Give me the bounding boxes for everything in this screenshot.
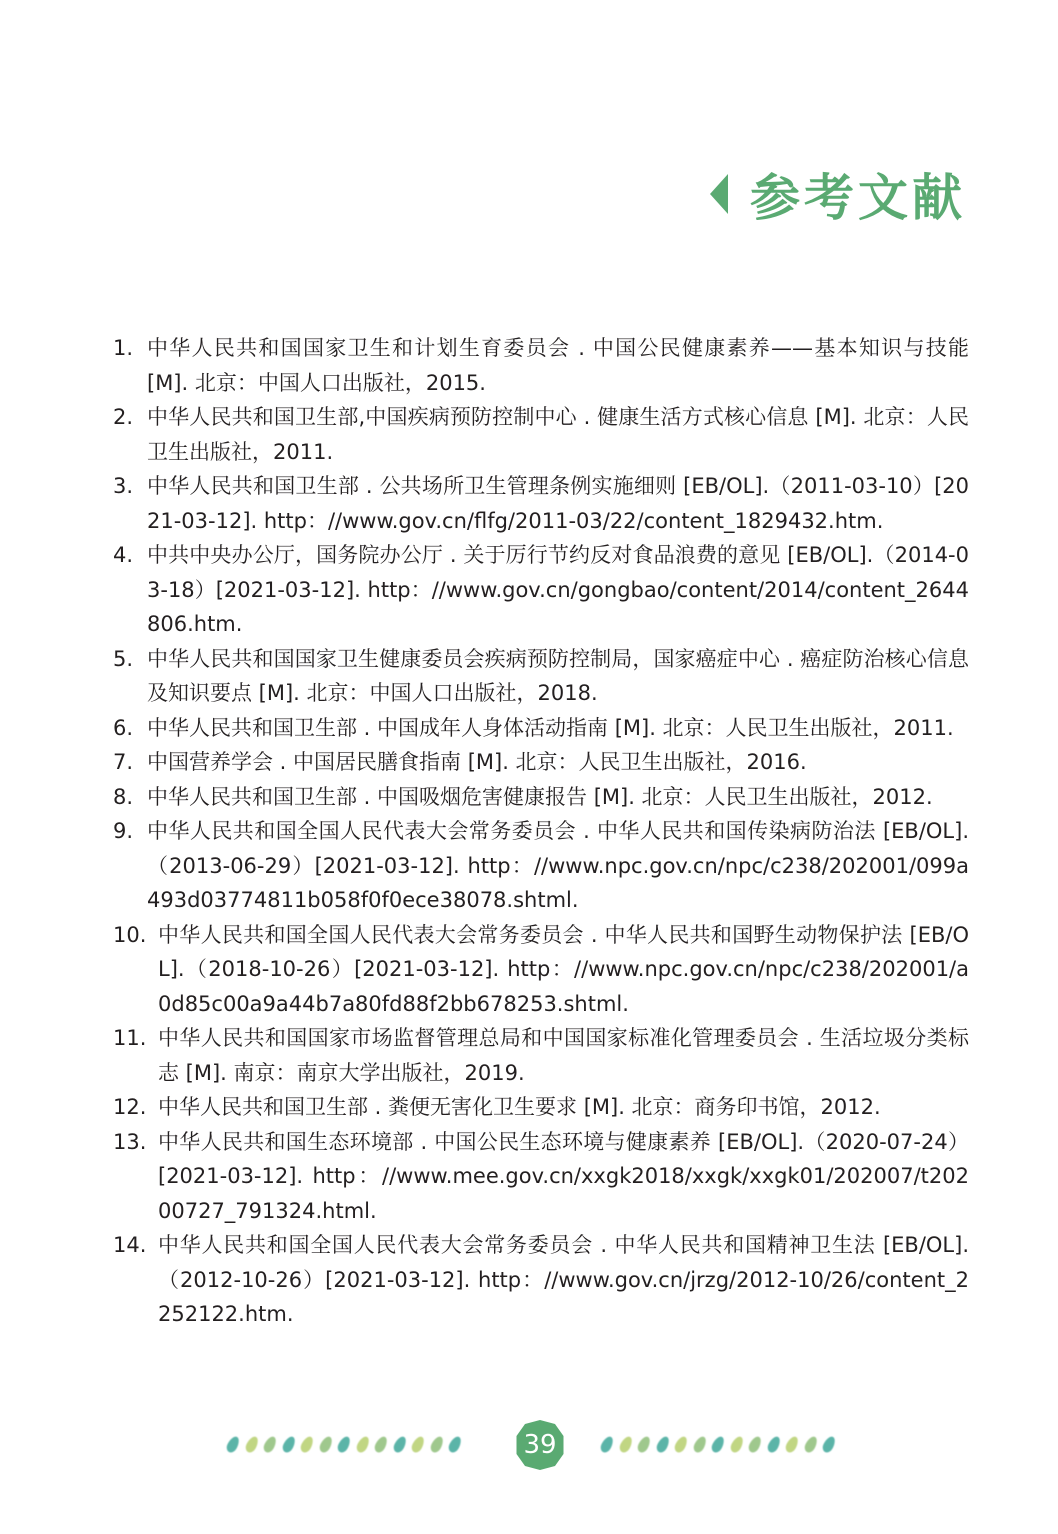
reference-text: 中华人民共和国卫生部,中国疾病预防控制中心 . 健康生活方式核心信息 [M]. … [147, 405, 969, 464]
leaf-icon [765, 1435, 782, 1455]
reference-text: 中华人民共和国国家卫生和计划生育委员会 . 中国公民健康素养——基本知识与技能 … [147, 336, 969, 395]
reference-item: 11.中华人民共和国国家市场监督管理总局和中国国家标准化管理委员会 . 生活垃圾… [113, 1021, 969, 1090]
reference-item: 3.中华人民共和国卫生部 . 公共场所卫生管理条例实施细则 [EB/OL].（2… [113, 469, 969, 538]
reference-text: 中华人民共和国国家卫生健康委员会疾病预防控制局，国家癌症中心 . 癌症防治核心信… [147, 647, 969, 706]
reference-item: 12.中华人民共和国卫生部 . 粪便无害化卫生要求 [M]. 北京：商务印书馆，… [113, 1090, 969, 1125]
reference-number: 3. [113, 469, 133, 504]
reference-number: 1. [113, 331, 133, 366]
reference-text: 中华人民共和国卫生部 . 公共场所卫生管理条例实施细则 [EB/OL].（201… [147, 474, 969, 533]
reference-item: 6.中华人民共和国卫生部 . 中国成年人身体活动指南 [M]. 北京：人民卫生出… [113, 711, 969, 746]
leaf-icon [410, 1435, 427, 1455]
reference-number: 9. [113, 814, 133, 849]
leaf-icon [354, 1435, 371, 1455]
leaf-icon [262, 1435, 279, 1455]
reference-text: 中华人民共和国卫生部 . 粪便无害化卫生要求 [M]. 北京：商务印书馆，201… [158, 1095, 881, 1119]
reference-text: 中华人民共和国国家市场监督管理总局和中国国家标准化管理委员会 . 生活垃圾分类标… [158, 1026, 969, 1085]
reference-number: 6. [113, 711, 133, 746]
page-heading: 参考文献 [710, 163, 966, 225]
reference-item: 4.中共中央办公厅，国务院办公厅 . 关于厉行节约反对食品浪费的意见 [EB/O… [113, 538, 969, 642]
leaf-icon [728, 1435, 745, 1455]
reference-text: 中华人民共和国全国人民代表大会常务委员会 . 中华人民共和国传染病防治法 [EB… [147, 819, 969, 912]
reference-number: 7. [113, 745, 133, 780]
leaf-icon [447, 1435, 464, 1455]
reference-text: 中华人民共和国全国人民代表大会常务委员会 . 中华人民共和国野生动物保护法 [E… [158, 923, 969, 1016]
page-footer: 39 [0, 1418, 1058, 1472]
leaf-icon [747, 1435, 764, 1455]
reference-list: 1.中华人民共和国国家卫生和计划生育委员会 . 中国公民健康素养——基本知识与技… [113, 331, 969, 1332]
reference-text: 中华人民共和国生态环境部 . 中国公民生态环境与健康素养 [EB/OL].（20… [158, 1130, 969, 1223]
reference-text: 中国营养学会 . 中国居民膳食指南 [M]. 北京：人民卫生出版社，2016. [147, 750, 807, 774]
leaf-icon [373, 1435, 390, 1455]
leaf-decoration-left [228, 1436, 460, 1453]
reference-number: 14. [113, 1228, 146, 1263]
reference-number: 10. [113, 918, 146, 953]
reference-item: 13.中华人民共和国生态环境部 . 中国公民生态环境与健康素养 [EB/OL].… [113, 1125, 969, 1229]
reference-item: 14.中华人民共和国全国人民代表大会常务委员会 . 中华人民共和国精神卫生法 [… [113, 1228, 969, 1332]
leaf-icon [673, 1435, 690, 1455]
reference-number: 4. [113, 538, 133, 573]
reference-item: 8.中华人民共和国卫生部 . 中国吸烟危害健康报告 [M]. 北京：人民卫生出版… [113, 780, 969, 815]
reference-text: 中共中央办公厅，国务院办公厅 . 关于厉行节约反对食品浪费的意见 [EB/OL]… [147, 543, 969, 636]
leaf-icon [784, 1435, 801, 1455]
reference-number: 5. [113, 642, 133, 677]
leaf-icon [428, 1435, 445, 1455]
reference-item: 5.中华人民共和国国家卫生健康委员会疾病预防控制局，国家癌症中心 . 癌症防治核… [113, 642, 969, 711]
reference-item: 9.中华人民共和国全国人民代表大会常务委员会 . 中华人民共和国传染病防治法 [… [113, 814, 969, 918]
leaf-icon [654, 1435, 671, 1455]
leaf-icon [599, 1435, 616, 1455]
leaf-icon [243, 1435, 260, 1455]
reference-item: 7.中国营养学会 . 中国居民膳食指南 [M]. 北京：人民卫生出版社，2016… [113, 745, 969, 780]
reference-text: 中华人民共和国全国人民代表大会常务委员会 . 中华人民共和国精神卫生法 [EB/… [158, 1233, 969, 1326]
reference-text: 中华人民共和国卫生部 . 中国吸烟危害健康报告 [M]. 北京：人民卫生出版社，… [147, 785, 933, 809]
leaf-decoration-right [602, 1436, 834, 1453]
reference-number: 12. [113, 1090, 146, 1125]
triangle-left-icon [710, 174, 728, 214]
leaf-icon [280, 1435, 297, 1455]
leaf-icon [636, 1435, 653, 1455]
reference-item: 2.中华人民共和国卫生部,中国疾病预防控制中心 . 健康生活方式核心信息 [M]… [113, 400, 969, 469]
leaf-icon [617, 1435, 634, 1455]
leaf-icon [691, 1435, 708, 1455]
leaf-icon [802, 1435, 819, 1455]
reference-item: 10.中华人民共和国全国人民代表大会常务委员会 . 中华人民共和国野生动物保护法… [113, 918, 969, 1022]
page-number-badge: 39 [515, 1420, 565, 1470]
leaf-icon [336, 1435, 353, 1455]
leaf-icon [225, 1435, 242, 1455]
reference-text: 中华人民共和国卫生部 . 中国成年人身体活动指南 [M]. 北京：人民卫生出版社… [147, 716, 954, 740]
reference-item: 1.中华人民共和国国家卫生和计划生育委员会 . 中国公民健康素养——基本知识与技… [113, 331, 969, 400]
leaf-icon [299, 1435, 316, 1455]
leaf-icon [821, 1435, 838, 1455]
leaf-icon [391, 1435, 408, 1455]
leaf-icon [710, 1435, 727, 1455]
reference-number: 8. [113, 780, 133, 815]
reference-number: 11. [113, 1021, 146, 1056]
reference-number: 2. [113, 400, 133, 435]
page-title: 参考文献 [750, 158, 966, 230]
leaf-icon [317, 1435, 334, 1455]
reference-number: 13. [113, 1125, 146, 1160]
